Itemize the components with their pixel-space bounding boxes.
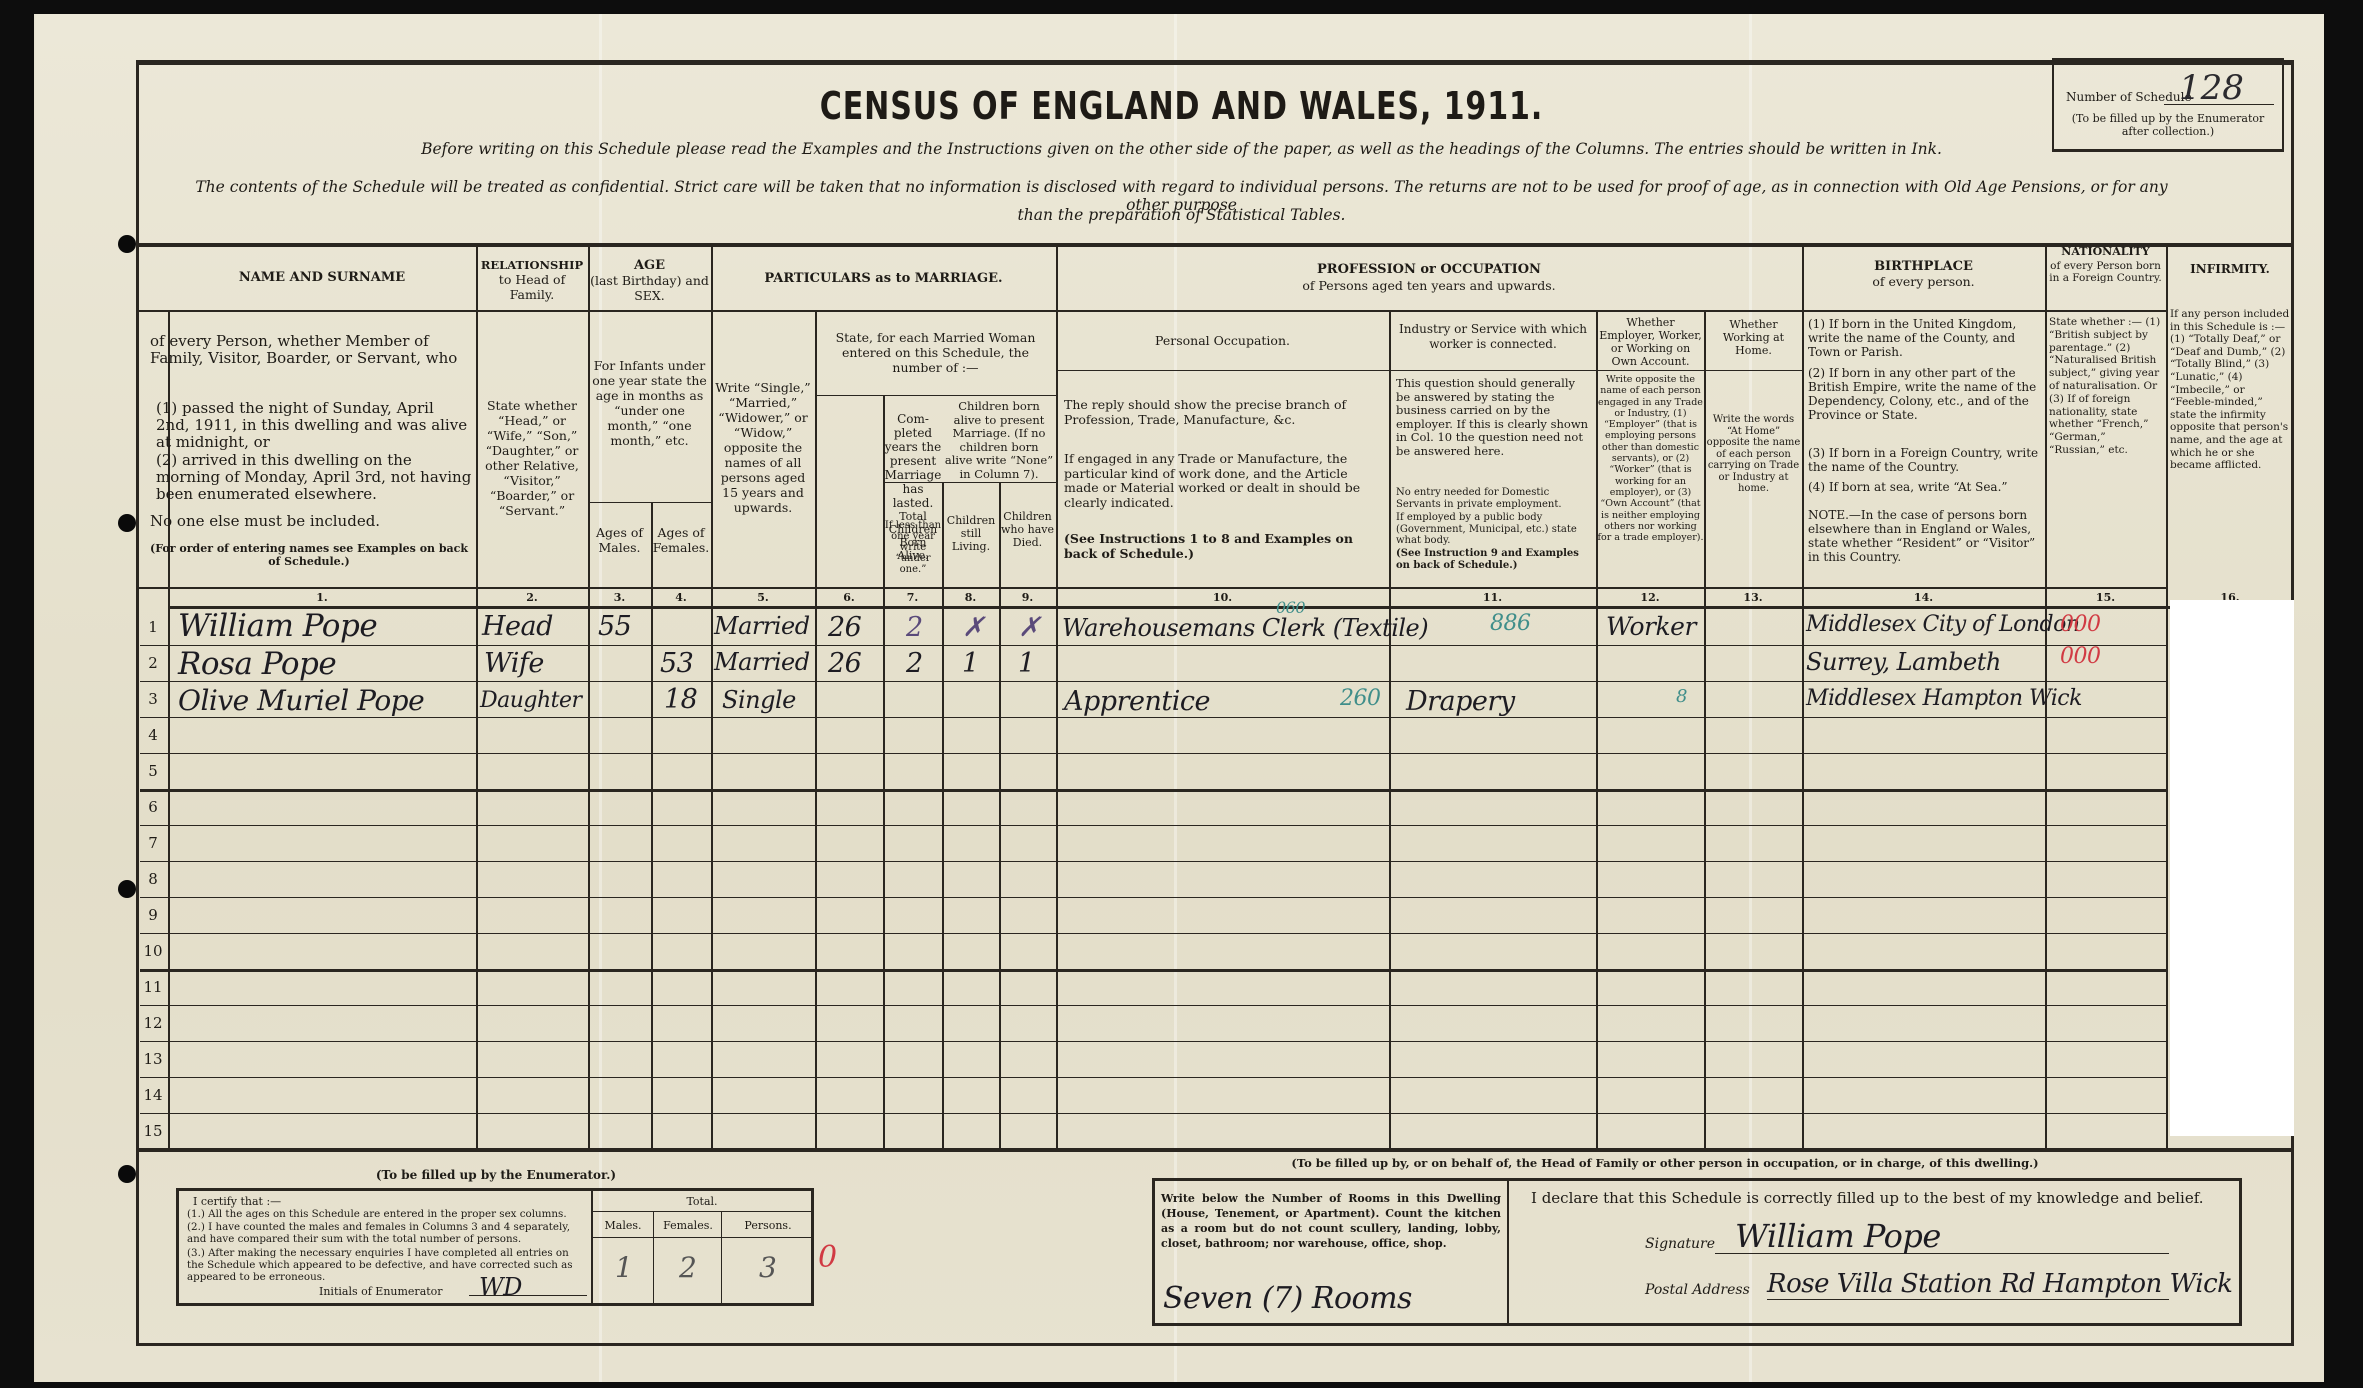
cell-occupation-code: 260 bbox=[1340, 686, 1381, 711]
row-rule bbox=[140, 825, 2166, 826]
cell-employer[interactable]: Worker bbox=[1606, 612, 1696, 641]
header-age-sub: (last Birthday) and SEX. bbox=[588, 273, 711, 303]
row-rule bbox=[140, 933, 2166, 934]
cell-age-female[interactable]: 18 bbox=[664, 684, 697, 715]
col-line bbox=[942, 482, 944, 1150]
table-bottom-rule bbox=[136, 1148, 2294, 1152]
row-number: 8 bbox=[140, 870, 166, 888]
industry-instr-2: No entry needed for Domestic Servants in… bbox=[1396, 487, 1592, 510]
certify-2: (2.) I have counted the males and female… bbox=[187, 1221, 587, 1245]
column-number: 5. bbox=[711, 591, 815, 604]
cell-occupation[interactable]: Warehousemans Clerk (Textile) bbox=[1062, 614, 1428, 642]
divider bbox=[593, 1211, 811, 1212]
row-rule bbox=[140, 645, 2166, 646]
header-employer: Whether Employer, Worker, or Working on … bbox=[1597, 316, 1704, 368]
personal-occupation-instr-1: The reply should show the precise branch… bbox=[1064, 398, 1382, 427]
cell-condition[interactable]: Single bbox=[722, 686, 796, 714]
age-sub-divider bbox=[588, 502, 711, 503]
colnum-top-rule bbox=[136, 587, 2166, 589]
certify-label: I certify that :— bbox=[193, 1195, 281, 1208]
row-number: 12 bbox=[140, 1014, 166, 1032]
punch-hole bbox=[118, 1165, 136, 1183]
nationality-instructions: State whether :— (1) “British subject by… bbox=[2049, 316, 2163, 457]
header-nationality-sub: of every Person born in a Foreign Countr… bbox=[2045, 260, 2166, 284]
divider bbox=[1507, 1181, 1509, 1323]
red-check-mark: 0 bbox=[818, 1240, 837, 1275]
row-number: 2 bbox=[140, 654, 166, 672]
redacted-infirmity-area bbox=[2170, 600, 2294, 1136]
header-age: AGE bbox=[588, 258, 711, 273]
infirmity-instructions: If any person included in this Schedule … bbox=[2170, 308, 2290, 472]
industry-instr-4: (See Instruction 9 and Examples on back … bbox=[1396, 548, 1592, 571]
row-number: 5 bbox=[140, 762, 166, 780]
cell-name[interactable]: Olive Muriel Pope bbox=[178, 684, 424, 717]
name-instructions-4: No one else must be included. bbox=[150, 514, 466, 530]
row-number: 7 bbox=[140, 834, 166, 852]
header-children-total: Total Children Born Alive. bbox=[883, 510, 943, 562]
page-title: CENSUS OF ENGLAND AND WALES, 1911. bbox=[142, 84, 2221, 128]
industry-instr-3: If employed by a public body (Government… bbox=[1396, 512, 1592, 547]
cell-employer[interactable]: 8 bbox=[1676, 686, 1687, 707]
header-ages-females: Ages of Females. bbox=[651, 525, 711, 555]
row-rule bbox=[140, 1113, 2166, 1114]
header-children: Children born alive to present Marriage.… bbox=[944, 400, 1054, 481]
divider bbox=[653, 1211, 654, 1303]
cell-nationality-code: 000 bbox=[2060, 644, 2101, 669]
total-label: Total. bbox=[593, 1195, 811, 1208]
cell-birthplace[interactable]: Middlesex City of London bbox=[1806, 612, 2080, 637]
occupation-sub-divider bbox=[1056, 370, 1802, 371]
header-children-died: Children who have Died. bbox=[999, 510, 1056, 549]
header-occupation: PROFESSION or OCCUPATION bbox=[1056, 262, 1802, 277]
birthplace-note: NOTE.—In the case of persons born elsewh… bbox=[1808, 508, 2040, 564]
header-personal-occupation: Personal Occupation. bbox=[1056, 333, 1389, 348]
punch-hole bbox=[118, 514, 136, 532]
relationship-instructions: State whether “Head,” or “Wife,” “Son,” … bbox=[478, 398, 586, 518]
column-number: 9. bbox=[999, 591, 1056, 604]
males-label: Males. bbox=[593, 1219, 653, 1232]
rooms-instructions: Write below the Number of Rooms in this … bbox=[1161, 1191, 1501, 1251]
col-line bbox=[999, 482, 1001, 1150]
schedule-number-box: Number of Schedule 128 (To be filled up … bbox=[2052, 58, 2284, 152]
total-persons[interactable]: 3 bbox=[759, 1251, 776, 1284]
total-females[interactable]: 2 bbox=[679, 1251, 696, 1284]
name-instructions-5: (For order of entering names see Example… bbox=[146, 542, 472, 568]
header-occupation-sub: of Persons aged ten years and upwards. bbox=[1056, 278, 1802, 293]
column-number: 10. bbox=[1056, 591, 1389, 604]
cell-birthplace[interactable]: Surrey, Lambeth bbox=[1806, 648, 2001, 676]
schedule-number-value[interactable]: 128 bbox=[2179, 68, 2244, 108]
marriage-condition-instructions: Write “Single,” “Married,” “Widower,” or… bbox=[713, 380, 813, 515]
column-number: 13. bbox=[1704, 591, 1802, 604]
row-number: 4 bbox=[140, 726, 166, 744]
certify-1: (1.) All the ages on this Schedule are e… bbox=[187, 1208, 587, 1220]
row-rule bbox=[140, 717, 2166, 718]
certify-3: (3.) After making the necessary enquirie… bbox=[187, 1247, 587, 1283]
column-number: 1. bbox=[168, 591, 476, 604]
column-number: 7. bbox=[883, 591, 942, 604]
address-value[interactable]: Rose Villa Station Rd Hampton Wick bbox=[1767, 1269, 2232, 1299]
row-rule bbox=[140, 753, 2166, 754]
header-children-living: Children still Living. bbox=[943, 514, 999, 553]
header-birthplace-sub: of every person. bbox=[1802, 274, 2045, 289]
name-instructions-2: (1) passed the night of Sunday, April 2n… bbox=[156, 400, 472, 451]
initials-label: Initials of Enumerator bbox=[319, 1285, 443, 1298]
header-years-married: Com-pleted years the present Marriage ha… bbox=[884, 412, 942, 510]
cell-condition[interactable]: Married bbox=[714, 612, 810, 640]
column-number: 6. bbox=[815, 591, 883, 604]
cell-industry-code: 886 bbox=[1490, 611, 1531, 636]
cell-industry[interactable]: Drapery bbox=[1406, 686, 1515, 717]
cell-age-female[interactable]: 53 bbox=[660, 648, 693, 679]
row-number: 6 bbox=[140, 798, 166, 816]
row-number: 13 bbox=[140, 1050, 166, 1068]
rooms-value[interactable]: Seven (7) Rooms bbox=[1163, 1281, 1412, 1316]
enumerator-heading: (To be filled up by the Enumerator.) bbox=[176, 1168, 816, 1183]
total-males[interactable]: 1 bbox=[615, 1251, 632, 1284]
name-instructions-3: (2) arrived in this dwelling on the morn… bbox=[156, 452, 472, 503]
cell-relationship[interactable]: Daughter bbox=[480, 688, 582, 713]
cell-children-total[interactable]: 2 bbox=[906, 648, 923, 679]
schedule-number-note: (To be filled up by the Enumerator after… bbox=[2062, 112, 2274, 138]
column-number: 4. bbox=[651, 591, 711, 604]
signature-value[interactable]: William Pope bbox=[1735, 1217, 1941, 1255]
row-number: 11 bbox=[140, 978, 166, 996]
cell-nationality-code: 000 bbox=[2060, 612, 2101, 637]
householder-box: Write below the Number of Rooms in this … bbox=[1152, 1178, 2242, 1326]
row-number: 9 bbox=[140, 906, 166, 924]
header-name: NAME AND SURNAME bbox=[168, 270, 476, 285]
cell-name[interactable]: Rosa Pope bbox=[178, 646, 336, 682]
header-birthplace: BIRTHPLACE bbox=[1802, 259, 2045, 274]
birthplace-instr-3: (3) If born in a Foreign Country, write … bbox=[1808, 446, 2040, 474]
address-label: Postal Address bbox=[1645, 1283, 1750, 1299]
industry-instr-1: This question should generally be answer… bbox=[1396, 377, 1592, 458]
row-rule bbox=[140, 1005, 2166, 1006]
cell-children-living[interactable]: 1 bbox=[962, 648, 979, 679]
row-rule bbox=[140, 861, 2166, 862]
row-rule bbox=[140, 897, 2166, 898]
data-top-rule bbox=[168, 606, 2170, 609]
row-number: 3 bbox=[140, 690, 166, 708]
enumerator-box: I certify that :— (1.) All the ages on t… bbox=[176, 1188, 814, 1306]
header-marriage: PARTICULARS as to MARRIAGE. bbox=[711, 271, 1056, 286]
header-industry: Industry or Service with which worker is… bbox=[1390, 322, 1596, 352]
birthplace-instr-1: (1) If born in the United Kingdom, write… bbox=[1808, 317, 2040, 359]
header-infirmity: INFIRMITY. bbox=[2166, 262, 2294, 277]
cell-relationship[interactable]: Head bbox=[482, 611, 553, 642]
cell-birthplace[interactable]: Middlesex Hampton Wick bbox=[1806, 686, 2082, 711]
column-number: 8. bbox=[942, 591, 999, 604]
row-rule bbox=[140, 969, 2166, 972]
age-instructions: For Infants under one year state the age… bbox=[590, 358, 709, 448]
header-divider bbox=[136, 310, 2166, 312]
divider bbox=[721, 1211, 722, 1303]
cell-children-living[interactable]: ✗ bbox=[962, 612, 984, 643]
declaration: I declare that this Schedule is correctl… bbox=[1531, 1191, 2204, 1207]
col-line bbox=[476, 244, 478, 1150]
schedule-number-label: Number of Schedule bbox=[2066, 90, 2192, 104]
cell-relationship[interactable]: Wife bbox=[484, 648, 544, 679]
column-number: 14. bbox=[1802, 591, 2045, 604]
divider bbox=[593, 1237, 811, 1238]
column-number: 12. bbox=[1596, 591, 1704, 604]
row-number: 10 bbox=[140, 942, 166, 960]
row-rule bbox=[140, 789, 2166, 792]
header-relationship: RELATIONSHIP bbox=[476, 258, 588, 273]
row-number: 15 bbox=[140, 1122, 166, 1140]
cell-name[interactable]: William Pope bbox=[178, 608, 377, 644]
married-woman-instructions: State, for each Married Woman entered on… bbox=[817, 330, 1054, 375]
cell-children-died[interactable]: ✗ bbox=[1018, 612, 1040, 643]
personal-occupation-instr-2: If engaged in any Trade or Manufacture, … bbox=[1064, 452, 1382, 510]
cell-children-total[interactable]: 2 bbox=[906, 612, 923, 643]
col-line bbox=[815, 310, 817, 1150]
column-number: 11. bbox=[1389, 591, 1596, 604]
enumerator-initials[interactable]: WD bbox=[479, 1273, 522, 1301]
table-top-rule bbox=[136, 243, 2294, 247]
row-rule bbox=[140, 681, 2166, 682]
column-number: 2. bbox=[476, 591, 588, 604]
col-line bbox=[2166, 244, 2168, 1150]
punch-hole bbox=[118, 880, 136, 898]
employer-instructions: Write opposite the name of each person e… bbox=[1597, 374, 1704, 543]
cell-occupation[interactable]: Apprentice bbox=[1064, 686, 1210, 717]
row-rule bbox=[140, 1041, 2166, 1042]
header-ages-males: Ages of Males. bbox=[588, 525, 651, 555]
cell-children-died[interactable]: 1 bbox=[1018, 648, 1035, 679]
row-number: 14 bbox=[140, 1086, 166, 1104]
header-relationship-sub: to Head of Family. bbox=[476, 272, 588, 302]
column-number: 15. bbox=[2045, 591, 2166, 604]
column-number: 3. bbox=[588, 591, 651, 604]
col-line bbox=[1389, 310, 1391, 1150]
cell-age-male[interactable]: 55 bbox=[598, 611, 631, 642]
name-instructions-1: of every Person, whether Member of Famil… bbox=[150, 333, 470, 367]
row-number: 1 bbox=[140, 618, 166, 636]
confidential-line-2: than the preparation of Statistical Tabl… bbox=[0, 206, 2363, 224]
col-line bbox=[1056, 244, 1058, 1150]
address-line bbox=[1767, 1299, 2169, 1300]
cell-occupation-code: 060 bbox=[1276, 598, 1305, 617]
persons-label: Persons. bbox=[723, 1219, 813, 1232]
cell-condition[interactable]: Married bbox=[714, 648, 810, 676]
householder-heading: (To be filled up by, or on behalf of, th… bbox=[1150, 1156, 2180, 1171]
punch-hole bbox=[118, 235, 136, 253]
females-label: Females. bbox=[655, 1219, 721, 1232]
marriage-sub-divider bbox=[815, 395, 1056, 396]
instruction-line: Before writing on this Schedule please r… bbox=[0, 140, 2363, 158]
birthplace-instr-2: (2) If born in any other part of the Bri… bbox=[1808, 366, 2040, 422]
signature-label: Signature bbox=[1645, 1237, 1715, 1253]
header-nationality: NATIONALITY bbox=[2045, 246, 2166, 258]
col-line bbox=[1802, 244, 1804, 1150]
row-rule bbox=[140, 1077, 2166, 1078]
cell-years-married[interactable]: 26 bbox=[828, 612, 861, 643]
birthplace-instr-4: (4) If born at sea, write “At Sea.” bbox=[1808, 480, 2040, 494]
header-working-at-home: Whether Working at Home. bbox=[1705, 318, 1802, 357]
cell-years-married[interactable]: 26 bbox=[828, 648, 861, 679]
personal-occupation-instr-3: (See Instructions 1 to 8 and Examples on… bbox=[1064, 532, 1382, 561]
home-instructions: Write the words “At Home” opposite the n… bbox=[1706, 414, 1801, 495]
